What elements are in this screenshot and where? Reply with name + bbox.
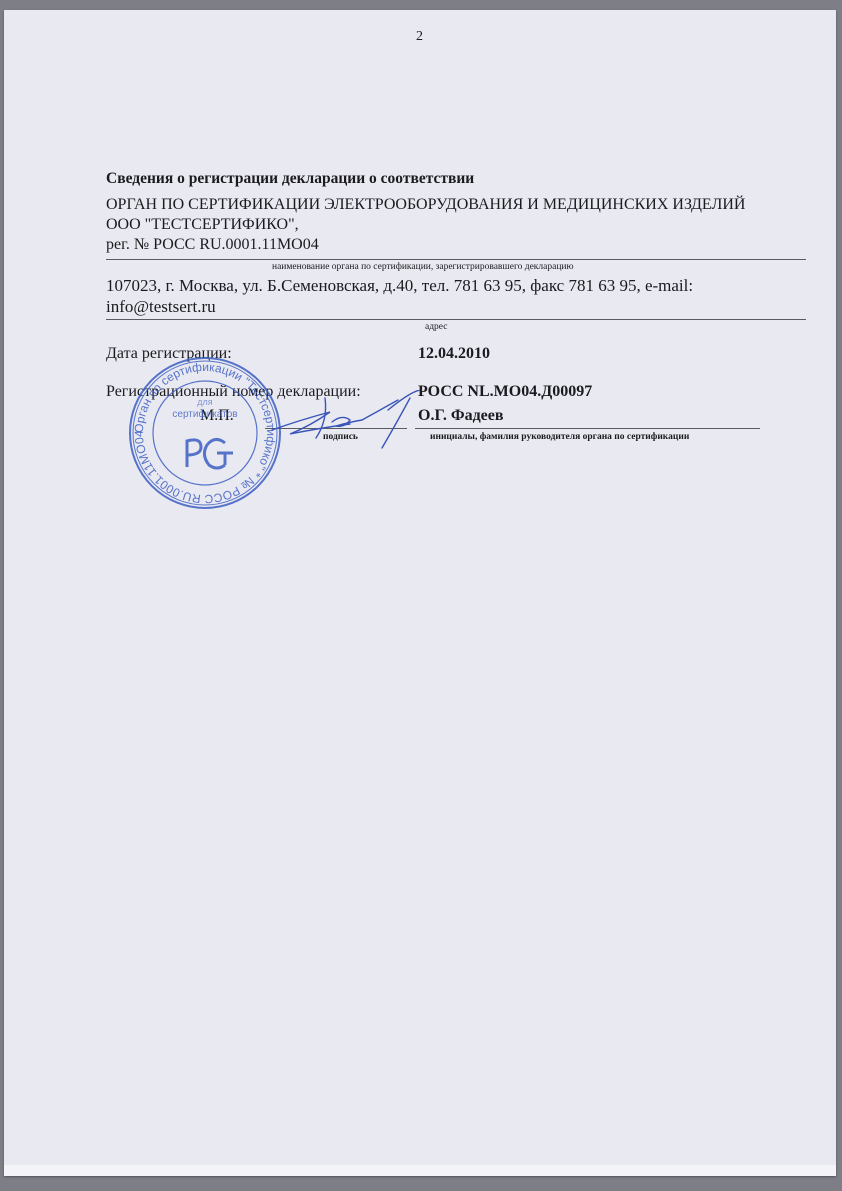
rst-logo-icon	[187, 439, 233, 468]
certification-body-name-line1: ОРГАН ПО СЕРТИФИКАЦИИ ЭЛЕКТРООБОРУДОВАНИ…	[106, 196, 745, 214]
head-name-line	[415, 428, 760, 429]
address-underline	[106, 319, 806, 320]
certification-body-name-line2: ООО "ТЕСТСЕРТИФИКО",	[106, 216, 299, 234]
stamp-inner-top: для	[197, 397, 213, 407]
name-underline	[106, 259, 806, 260]
certification-stamp: Орган по сертификации "Тестсертифико" * …	[127, 355, 283, 511]
page-bottom-edge	[4, 1165, 836, 1176]
head-name: О.Г. Фадеев	[418, 407, 504, 425]
registration-date-value: 12.04.2010	[418, 345, 490, 363]
name-caption: наименование органа по сертификации, зар…	[272, 262, 574, 272]
address-line2: info@testsert.ru	[106, 297, 216, 317]
section-title: Сведения о регистрации декларации о соот…	[106, 170, 474, 188]
certification-body-reg-number: рег. № РОСС RU.0001.11МО04	[106, 236, 319, 254]
head-caption: инициалы, фамилия руководителя органа по…	[430, 432, 689, 442]
address-caption: адрес	[425, 322, 447, 332]
registration-number-value: РОСС NL.МО04.Д00097	[418, 383, 592, 401]
page-number: 2	[416, 29, 423, 45]
address-line1: 107023, г. Москва, ул. Б.Семеновская, д.…	[106, 276, 693, 296]
signature-icon	[270, 390, 420, 450]
stamp-inner-bottom: сертификатов	[172, 408, 237, 420]
